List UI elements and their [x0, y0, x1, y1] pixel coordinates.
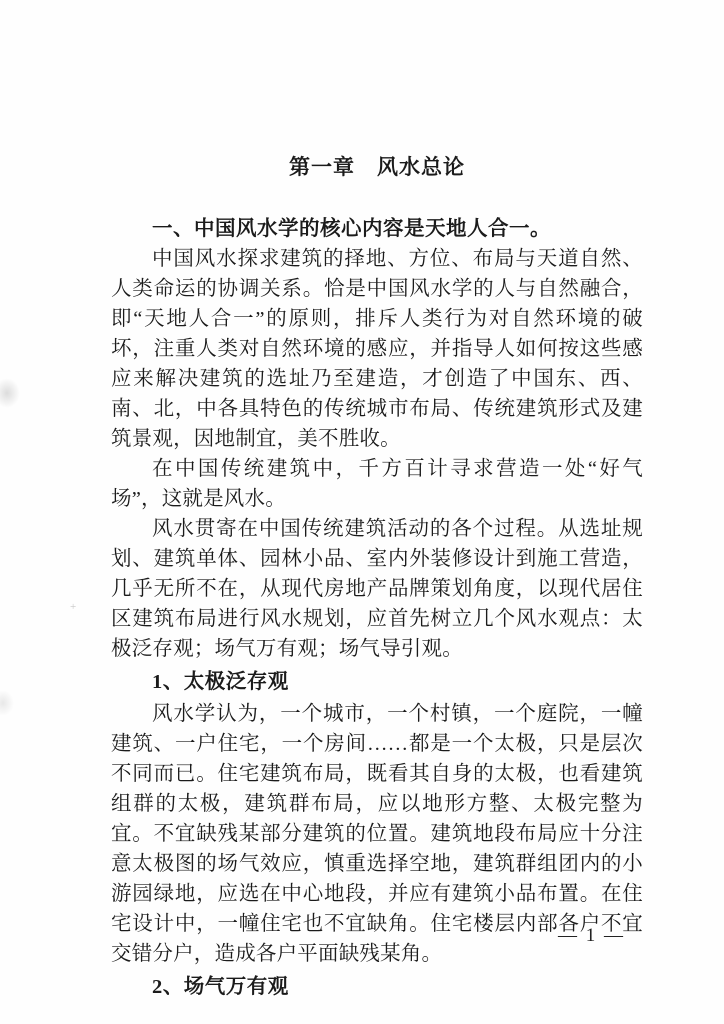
- paragraph-3: 风水贯寄在中国传统建筑活动的各个过程。从选址规划、建筑单体、园林小品、室内外装修…: [111, 514, 643, 664]
- text-column: 第一章 风水总论 一、中国风水学的核心内容是天地人合一。 中国风水探求建筑的择地…: [111, 152, 643, 1004]
- subheading-taiji: 1、太极泛存观: [111, 667, 643, 697]
- scan-smudge: [0, 378, 20, 408]
- section-heading: 一、中国风水学的核心内容是天地人合一。: [111, 214, 643, 244]
- paragraph-1: 中国风水探求建筑的择地、方位、布局与天道自然、人类命运的协调关系。恰是中国风水学…: [111, 244, 643, 454]
- scanned-book-page: + 第一章 风水总论 一、中国风水学的核心内容是天地人合一。 中国风水探求建筑的…: [0, 0, 724, 1024]
- page-number: — 1 —: [558, 924, 625, 948]
- scan-speck: +: [70, 603, 79, 612]
- subheading-changqi: 2、场气万有观: [111, 972, 643, 1002]
- scan-smudge: [0, 690, 14, 716]
- chapter-title: 第一章 风水总论: [111, 152, 643, 182]
- paragraph-2: 在中国传统建筑中，千方百计寻求营造一处“好气场”，这就是风水。: [111, 454, 643, 514]
